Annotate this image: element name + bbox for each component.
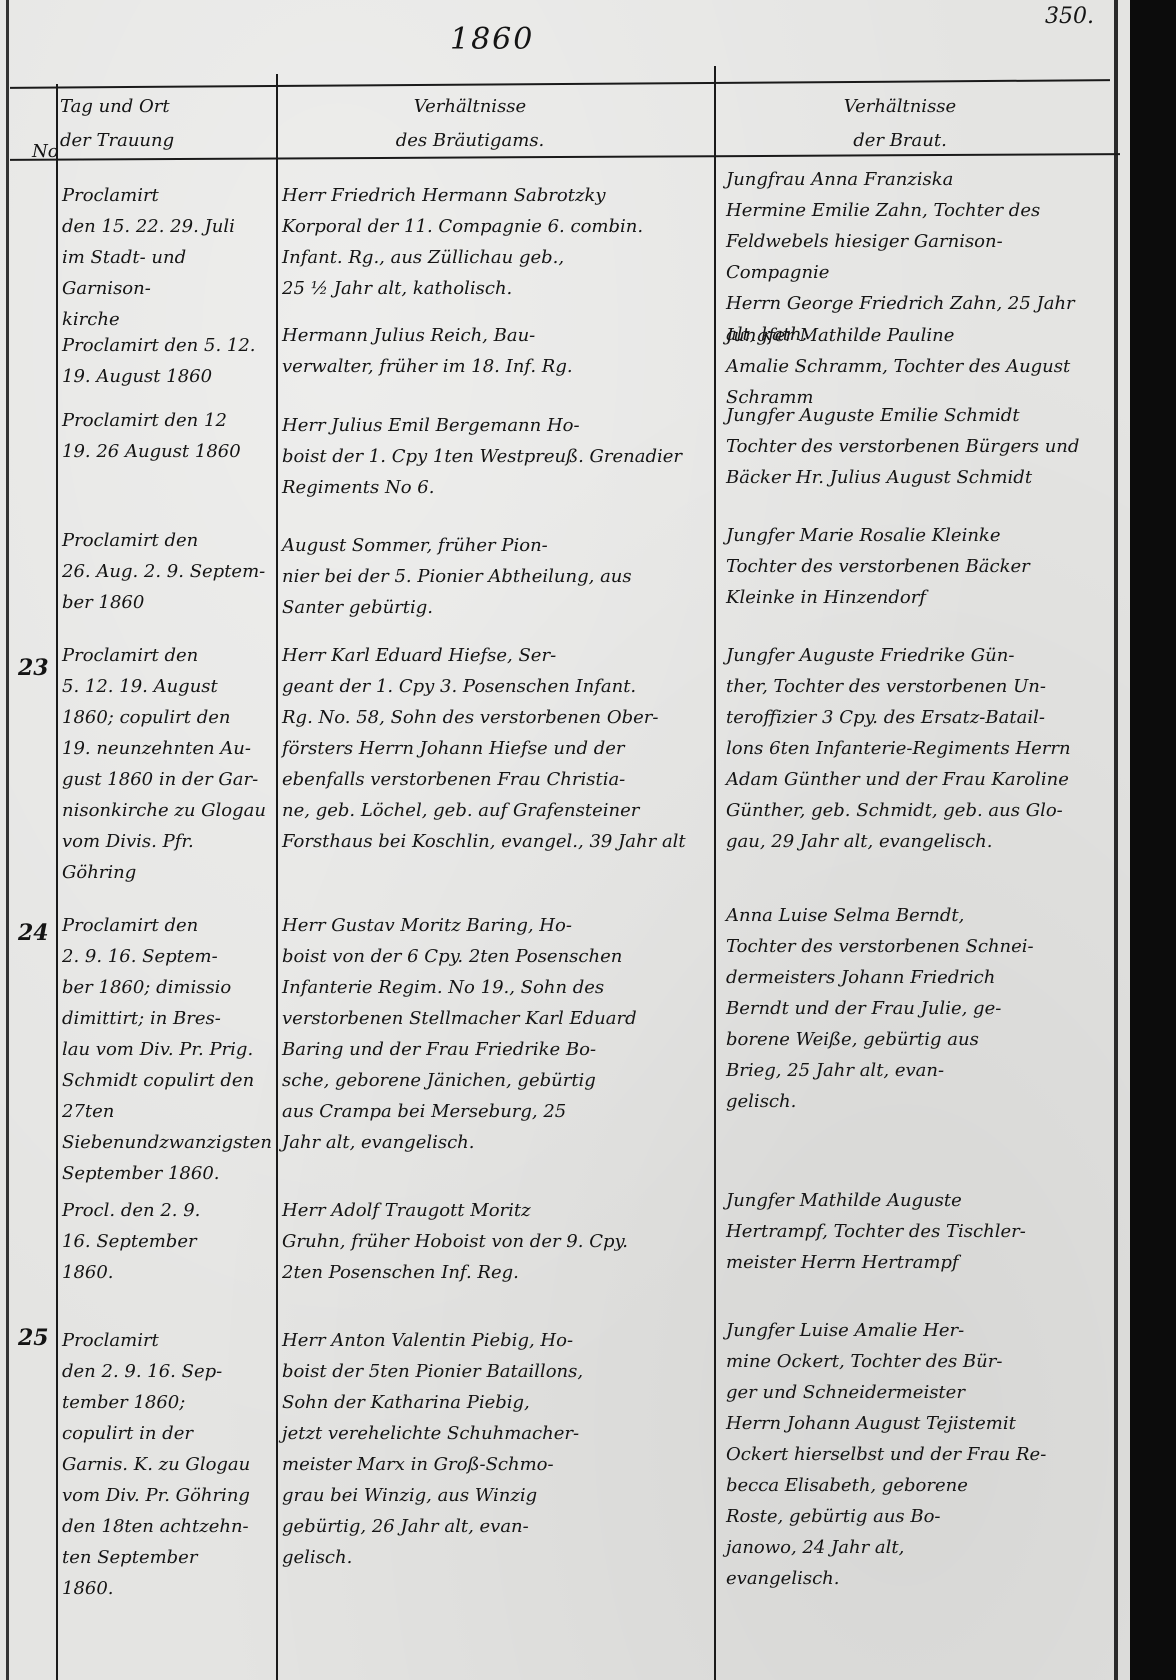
entry-date-place: Proclamirt den 15. 22. 29. Juli im Stadt… [62, 180, 270, 335]
table-top-rule [10, 79, 1110, 89]
entry-groom: Herr Karl Eduard Hiefse, Ser- geant der … [282, 640, 702, 857]
year-heading: 1860 [450, 22, 534, 57]
entry-groom: August Sommer, früher Pion- nier bei der… [282, 530, 702, 623]
entry-bride: Jungfer Auguste Friedrike Gün- ther, Toc… [726, 640, 1106, 857]
entry-date-place: Procl. den 2. 9. 16. September 1860. [62, 1195, 270, 1288]
entry-groom: Herr Julius Emil Bergemann Ho- boist der… [282, 410, 702, 503]
page-right-border [1114, 0, 1118, 1680]
entry-groom: Herr Gustav Moritz Baring, Ho- boist von… [282, 910, 702, 1158]
entry-date-place: Proclamirt den 2. 9. 16. Septem- ber 186… [62, 910, 270, 1189]
page-number: 350. [1045, 4, 1094, 29]
entry-date-place: Proclamirt den 5. 12. 19. August 1860 [62, 330, 270, 392]
entry-date-place: Proclamirt den 12 19. 26 August 1860 [62, 405, 270, 467]
header-number: No [32, 135, 59, 169]
register-page: 350. 1860 No Tag und Ort der Trauung Ver… [0, 0, 1130, 1680]
entry-bride: Jungfer Auguste Emilie Schmidt Tochter d… [726, 400, 1106, 493]
column-divider-date [276, 74, 278, 1680]
entry-bride: Anna Luise Selma Berndt, Tochter des ver… [726, 900, 1106, 1117]
scan-dark-margin [1130, 0, 1176, 1680]
entry-groom: Herr Friedrich Hermann Sabrotzky Korpora… [282, 180, 702, 304]
entry-number: 25 [18, 1325, 49, 1351]
entry-groom: Herr Adolf Traugott Moritz Gruhn, früher… [282, 1195, 702, 1288]
entry-date-place: Proclamirt den 5. 12. 19. August 1860; c… [62, 640, 270, 888]
entry-groom: Herr Anton Valentin Piebig, Ho- boist de… [282, 1325, 702, 1573]
entry-number: 24 [18, 920, 49, 946]
entry-date-place: Proclamirt den 26. Aug. 2. 9. Septem- be… [62, 525, 270, 618]
entry-bride: Jungfer Marie Rosalie Kleinke Tochter de… [726, 520, 1106, 613]
header-date-place: Tag und Ort der Trauung [60, 90, 240, 158]
column-divider-groom [714, 66, 716, 1680]
page-left-margin-line [6, 0, 9, 1680]
entry-number: 23 [18, 655, 49, 681]
entry-bride: Jungfer Luise Amalie Her- mine Ockert, T… [726, 1315, 1106, 1594]
header-bride: Verhältnisse der Braut. [760, 90, 1040, 158]
column-divider-number [56, 84, 58, 1680]
header-groom: Verhältnisse des Bräutigams. [320, 90, 620, 158]
entry-date-place: Proclamirt den 2. 9. 16. Sep- tember 186… [62, 1325, 270, 1604]
entry-bride: Jungfer Mathilde Auguste Hertrampf, Toch… [726, 1185, 1106, 1278]
entry-groom: Hermann Julius Reich, Bau- verwalter, fr… [282, 320, 702, 382]
